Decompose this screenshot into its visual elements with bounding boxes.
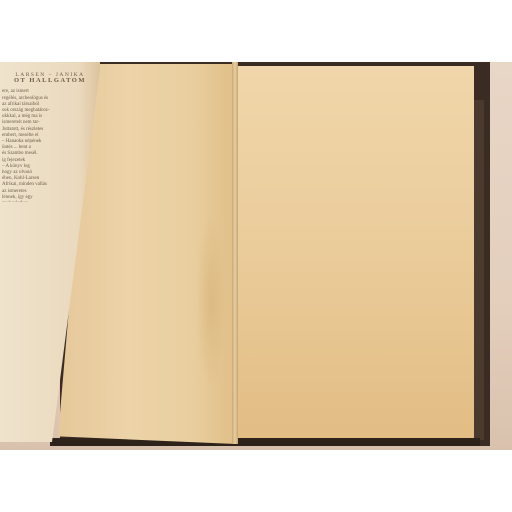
paper-stain (196, 212, 226, 392)
book-photo: LARSEN – JANIKA OT HALLGATOM ere, az ism… (0, 62, 512, 450)
right-endpaper (238, 66, 474, 438)
jacket-title: OT HALLGATOM (2, 78, 98, 84)
cover-bottom-edge (50, 438, 480, 446)
